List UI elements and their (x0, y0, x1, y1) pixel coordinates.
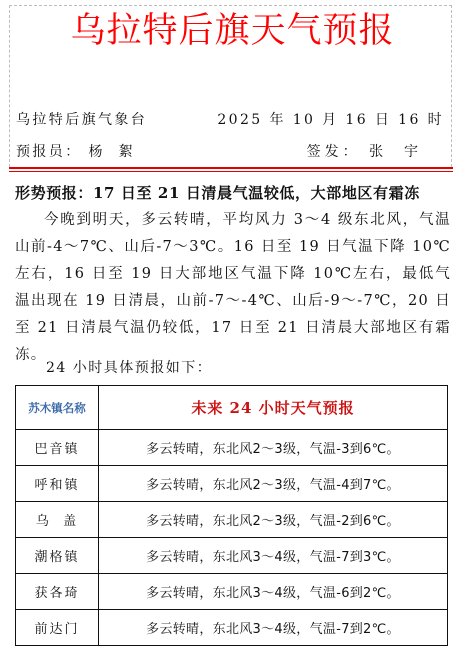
table-row: 前达门 多云转晴，东北风3～4级，气温-7到2℃。 (16, 610, 448, 646)
signer: 签发： 张 宇 (307, 141, 444, 161)
town-forecast: 多云转晴，东北风2～3级，气温-2到6℃。 (99, 502, 448, 538)
summary-text: 今晚到明天，多云转晴，平均风力 3～4 级东北风，气温山前-4～7℃、山后-7～… (15, 207, 451, 369)
divider-red-thick (9, 167, 453, 169)
forecaster: 预报员： 杨 絮 (16, 141, 135, 161)
table-row: 获各琦 多云转晴，东北风3～4级，气温-6到2℃。 (16, 574, 448, 610)
table-row: 呼和镇 多云转晴，东北风2～3级，气温-4到7℃。 (16, 466, 448, 502)
town-name: 呼和镇 (16, 466, 99, 502)
table-row: 巴音镇 多云转晴，东北风2～3级，气温-3到6℃。 (16, 430, 448, 466)
page-title: 乌拉特后旗天气预报 (0, 14, 465, 49)
summary-paragraph: 今晚到明天，多云转晴，平均风力 3～4 级东北风，气温山前-4～7℃、山后-7～… (15, 207, 451, 369)
forecaster-label: 预报员： (16, 144, 82, 160)
issuer-row: 乌拉特后旗气象台 2025 年 10 月 16 日 16 时 (16, 109, 444, 129)
issue-time: 2025 年 10 月 16 日 16 时 (217, 109, 444, 129)
town-name: 潮格镇 (16, 538, 99, 574)
town-forecast: 多云转晴，东北风3～4级，气温-7到3℃。 (99, 538, 448, 574)
table-row: 乌 盖 多云转晴，东北风2～3级，气温-2到6℃。 (16, 502, 448, 538)
table-header-row: 苏木镇名称 未来 24 小时天气预报 (16, 386, 448, 430)
town-name: 乌 盖 (16, 502, 99, 538)
town-forecast: 多云转晴，东北风3～4级，气温-6到2℃。 (99, 574, 448, 610)
town-forecast: 多云转晴，东北风2～3级，气温-3到6℃。 (99, 430, 448, 466)
town-forecast: 多云转晴，东北风3～4级，气温-7到2℃。 (99, 610, 448, 646)
town-forecast: 多云转晴，东北风2～3级，气温-4到7℃。 (99, 466, 448, 502)
forecaster-name: 杨 絮 (88, 144, 135, 160)
table-intro: 24 小时具体预报如下： (46, 357, 212, 377)
header-forecast: 未来 24 小时天气预报 (99, 386, 448, 430)
staff-row: 预报员： 杨 絮 签发： 张 宇 (16, 141, 444, 161)
table-row: 潮格镇 多云转晴，东北风3～4级，气温-7到3℃。 (16, 538, 448, 574)
town-name: 获各琦 (16, 574, 99, 610)
signer-name: 张 宇 (369, 144, 422, 160)
signer-label: 签发： (307, 144, 361, 160)
forecast-table: 苏木镇名称 未来 24 小时天气预报 巴音镇 多云转晴，东北风2～3级，气温-3… (15, 385, 448, 646)
header-town: 苏木镇名称 (16, 386, 99, 430)
divider-red-thin (9, 171, 453, 172)
town-name: 巴音镇 (16, 430, 99, 466)
town-name: 前达门 (16, 610, 99, 646)
situation-headline: 形势预报：17 日至 21 日清晨气温较低，大部地区有霜冻 (15, 182, 420, 203)
issuer: 乌拉特后旗气象台 (16, 109, 147, 129)
